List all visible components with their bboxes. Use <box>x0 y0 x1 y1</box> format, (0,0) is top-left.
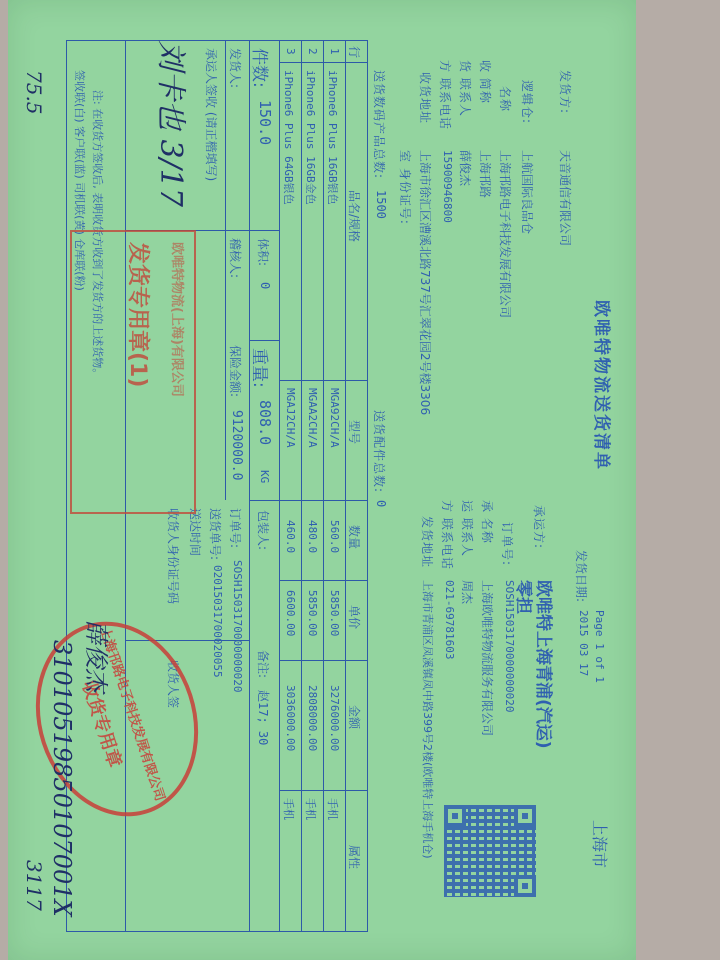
consignee-phone: 15900946800 <box>441 150 454 223</box>
consignee-short: 上海邗路 <box>477 150 494 198</box>
col-header-model: 型号 <box>346 420 363 444</box>
row1-price: 5850.00 <box>328 590 341 636</box>
col-header-price: 单价 <box>346 605 363 629</box>
consignee-name-label: 名称 <box>497 86 514 112</box>
carrier-sign-label: 承运人签收 (请正楷填写) <box>203 48 220 181</box>
carrier-name: 上海欧唯特物流服务有限公司 <box>479 580 496 736</box>
consignee-short-label: 收 简称 <box>477 60 494 104</box>
carrier-phone-label: 方 联系电话 <box>439 500 456 570</box>
row1-item: iPhone6 Plus 16GB银色 <box>325 70 341 205</box>
handwritten-note: 75.5 <box>22 70 46 115</box>
remark-value: 赵17; 30 <box>255 690 272 745</box>
delivery-slip-paper: 欧唯特物流送货清单 发货日期: Page 1 of 1 2015 03 17 上… <box>8 0 636 960</box>
delivery-slip: 欧唯特物流送货清单 发货日期: Page 1 of 1 2015 03 17 上… <box>8 0 636 960</box>
consignee-name: 上海邗路电子科技发展有限公司 <box>497 150 514 318</box>
row1-qty: 560.0 <box>328 520 341 553</box>
carrier-address-label: 发货地址 <box>419 516 436 568</box>
weight-label: 重量: <box>249 348 274 388</box>
row2-item: iPhone6 Plus 16GB金色 <box>303 70 319 205</box>
row2-qty: 480.0 <box>306 520 319 553</box>
arrival-time-label: 送达时间 <box>187 508 204 556</box>
carrier-line2: 零担 <box>513 580 538 614</box>
col-header-line: 行 <box>346 46 363 58</box>
ship-date: 2015 03 17 <box>577 610 590 676</box>
city-label: 上海市 <box>589 820 612 868</box>
row2-model: MGAA2CH/A <box>306 388 319 448</box>
row3-model: MGAJ2CH/A <box>284 388 297 448</box>
volume-value: 0 <box>258 282 272 289</box>
remark-label: 备注: <box>255 650 272 678</box>
total-products: 1500 <box>374 190 388 219</box>
col-header-amount: 金额 <box>346 705 363 729</box>
total-products-label: 送货数码产品总数: <box>371 70 388 179</box>
row3-price: 6600.00 <box>284 590 297 636</box>
order-number: SOSH1503170000000020 <box>503 580 516 712</box>
row1-amount: 3276000.00 <box>328 685 341 751</box>
row1-no: 1 <box>328 48 341 55</box>
consignee-address-label: 收货地址 <box>417 72 434 124</box>
row1-attr: 手机 <box>325 798 341 820</box>
row3-attr: 手机 <box>281 798 297 820</box>
checker-label: 稽核人: <box>227 238 244 278</box>
page-indicator: Page 1 of 1 <box>593 610 606 683</box>
row3-item: iPhone6 Plus 64GB银色 <box>281 70 297 205</box>
col-header-item: 品名/规格 <box>346 190 363 242</box>
weight-unit: KG <box>258 470 271 483</box>
weight-value: 808.0 <box>256 400 274 445</box>
order-label: 订单号: <box>499 522 516 566</box>
consignee-address: 上海市徐汇区漕溪北路737号汇翠花园2号楼3306 <box>417 150 434 415</box>
order-no-value: SOSH1503170000000020 <box>231 560 244 692</box>
row3-no: 3 <box>284 48 297 55</box>
carrier-label: 承运方: <box>531 505 548 549</box>
receiver-id-label: 收货人身份证号码 <box>165 508 182 604</box>
row3-amount: 3036000.00 <box>284 685 297 751</box>
order-no-label: 订单号: <box>227 508 244 548</box>
total-parts-label: 送货配件总数: <box>371 410 388 493</box>
delivery-no-label: 送货单号: <box>207 508 224 560</box>
handwritten-id-number: 31010519850107001X <box>48 640 76 917</box>
sender-stamp-company: 欧唯特物流(上海)有限公司 <box>169 242 188 502</box>
warehouse-label: 逻辑仓: <box>519 80 536 124</box>
total-parts: 0 <box>374 500 388 507</box>
row2-amount: 2808000.00 <box>306 685 319 751</box>
row2-price: 5850.00 <box>306 590 319 636</box>
sender-person-label: 发货人: <box>227 48 244 88</box>
handwritten-carrier-signature: 刘卡也 3/17 <box>152 40 196 207</box>
delivery-no-value: 02015031700020055 <box>211 565 224 678</box>
sender-value: 天音通信有限公司 <box>557 150 574 246</box>
insured-label: 保险金额: <box>227 345 244 397</box>
insured-value: 9120000.0 <box>229 410 244 480</box>
carrier-contact-label: 运 联系人 <box>459 500 476 557</box>
pieces-value: 150.0 <box>256 100 274 145</box>
carrier-phone: 021-69781603 <box>443 580 456 659</box>
row1-model: MGA92CH/A <box>328 388 341 448</box>
carrier-contact: 周杰 <box>459 580 476 604</box>
handwritten-receiver-signature: 薛俊杰 <box>81 620 116 692</box>
ship-date-label: 发货日期: <box>573 550 590 602</box>
handwritten-extra: 3117 <box>22 860 46 911</box>
consignee-contact-label: 货 联系人 <box>457 60 474 117</box>
consignee-id-label: 室 身份证号: <box>397 150 414 225</box>
row2-no: 2 <box>306 48 319 55</box>
row2-attr: 手机 <box>303 798 319 820</box>
pieces-label: 件数: <box>249 48 274 88</box>
carrier-name-label: 承 名称 <box>479 500 496 544</box>
volume-label: 体积: <box>255 238 272 266</box>
col-header-attr: 属性 <box>346 845 363 869</box>
consignee-contact: 薛俊杰 <box>457 150 474 186</box>
sender-stamp-title: 发货专用章(1) <box>124 242 155 502</box>
sender-stamp: 欧唯特物流(上海)有限公司 发货专用章(1) <box>70 230 196 514</box>
sender-label: 发货方: <box>557 70 574 114</box>
warehouse-value: 上航国际良品仓 <box>519 150 536 234</box>
qr-code <box>444 805 536 897</box>
row3-qty: 460.0 <box>284 520 297 553</box>
consignee-phone-label: 方 联系电话 <box>437 60 454 130</box>
carrier-address: 上海市青浦区凤溪镇凤中路399号2楼(欧唯特上海手机仓) <box>420 580 436 859</box>
document-title: 欧唯特物流送货清单 <box>591 300 616 471</box>
packer-label: 包装人: <box>255 510 272 550</box>
col-header-qty: 数量 <box>346 525 363 549</box>
